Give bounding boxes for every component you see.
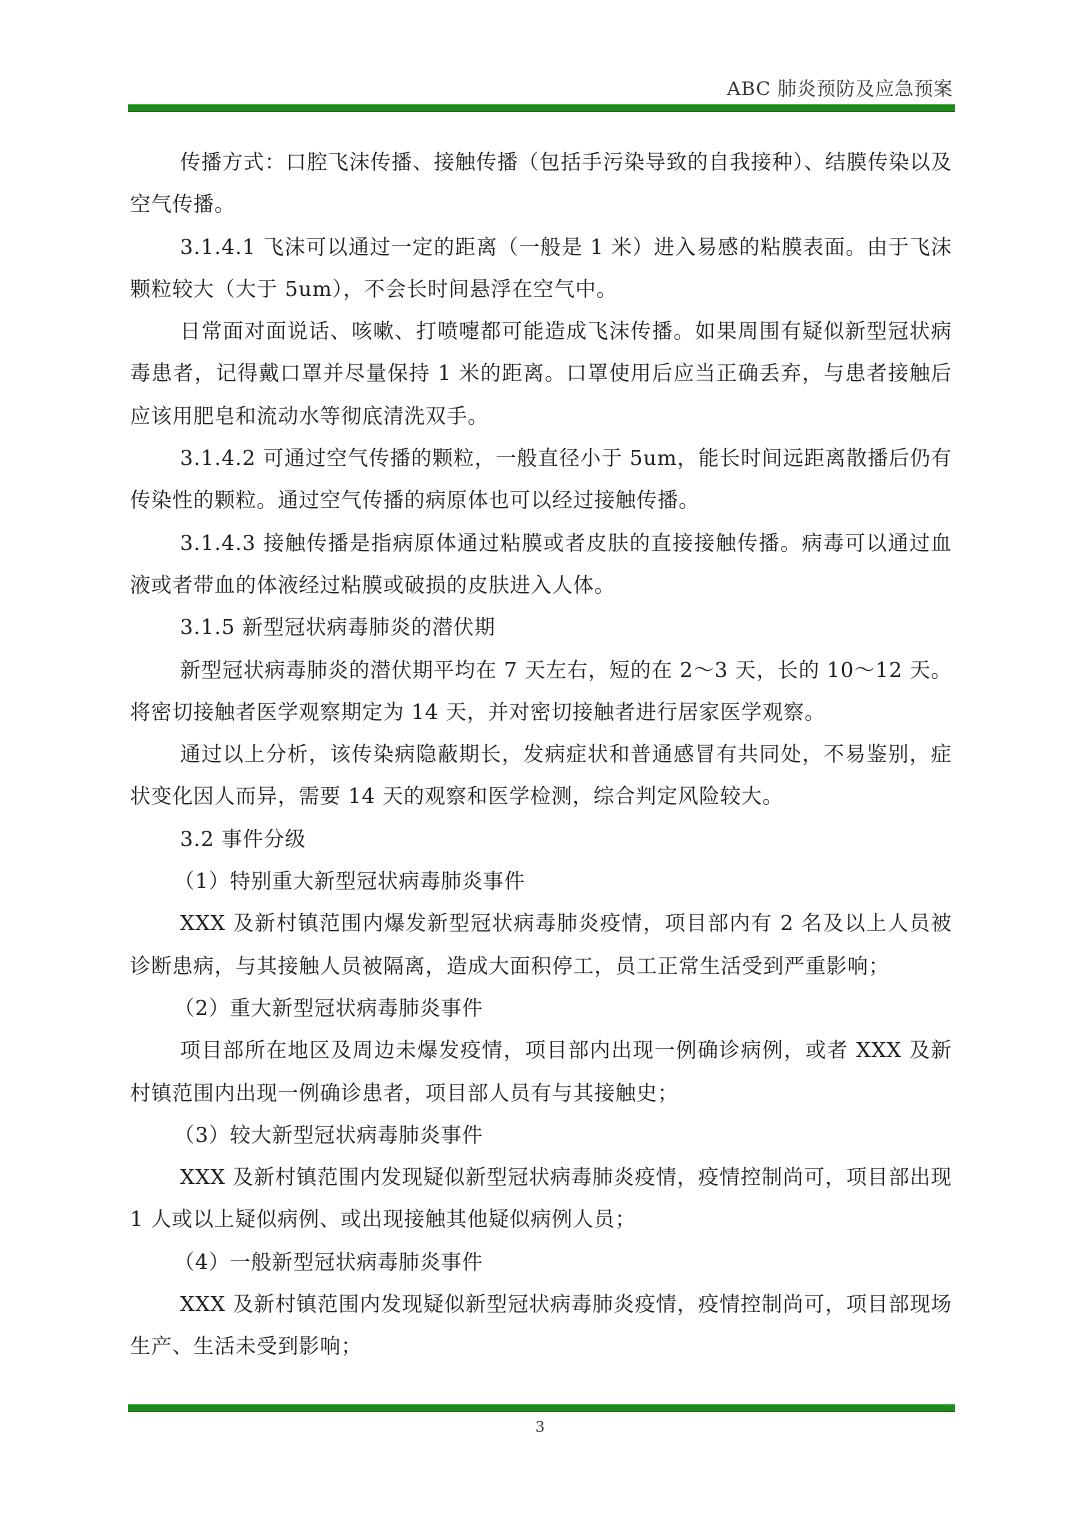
level-4-body: XXX 及新村镇范围内发现疑似新型冠状病毒肺炎疫情，疫情控制尚可，项目部现场生产… [130,1283,952,1368]
footer-divider [128,1404,955,1412]
paragraph-3-1-4-2: 3.1.4.2 可通过空气传播的颗粒，一般直径小于 5um，能长时间远距离散播后… [130,437,952,522]
paragraph-incubation: 新型冠状病毒肺炎的潜伏期平均在 7 天左右，短的在 2～3 天，长的 10～12… [130,649,952,734]
section-heading-3-2: 3.2 事件分级 [130,818,952,860]
document-title: ABC 肺炎预防及应急预案 [727,74,953,101]
paragraph-3-1-4-1: 3.1.4.1 飞沫可以通过一定的距离（一般是 1 米）进入易感的粘膜表面。由于… [130,226,952,311]
page-number: 3 [0,1418,1080,1436]
header-divider [128,104,955,112]
page-body: 传播方式：口腔飞沫传播、接触传播（包括手污染导致的自我接种）、结膜传染以及空气传… [130,141,952,1368]
level-3-body: XXX 及新村镇范围内发现疑似新型冠状病毒肺炎疫情，疫情控制尚可，项目部出现 1… [130,1156,952,1241]
level-4-heading: （4）一般新型冠状病毒肺炎事件 [130,1241,952,1283]
paragraph-transmission-modes: 传播方式：口腔飞沫传播、接触传播（包括手污染导致的自我接种）、结膜传染以及空气传… [130,141,952,226]
paragraph-analysis: 通过以上分析，该传染病隐蔽期长，发病症状和普通感冒有共同处，不易鉴别，症状变化因… [130,733,952,818]
level-2-heading: （2）重大新型冠状病毒肺炎事件 [130,987,952,1029]
section-heading-3-1-5: 3.1.5 新型冠状病毒肺炎的潜伏期 [130,606,952,648]
paragraph-3-1-4-3: 3.1.4.3 接触传播是指病原体通过粘膜或者皮肤的直接接触传播。病毒可以通过血… [130,522,952,607]
level-2-body: 项目部所在地区及周边未爆发疫情，项目部内出现一例确诊病例，或者 XXX 及新村镇… [130,1029,952,1114]
level-3-heading: （3）较大新型冠状病毒肺炎事件 [130,1114,952,1156]
level-1-heading: （1）特别重大新型冠状病毒肺炎事件 [130,860,952,902]
level-1-body: XXX 及新村镇范围内爆发新型冠状病毒肺炎疫情，项目部内有 2 名及以上人员被诊… [130,902,952,987]
paragraph-daily-advice: 日常面对面说话、咳嗽、打喷嚏都可能造成飞沫传播。如果周围有疑似新型冠状病毒患者，… [130,310,952,437]
